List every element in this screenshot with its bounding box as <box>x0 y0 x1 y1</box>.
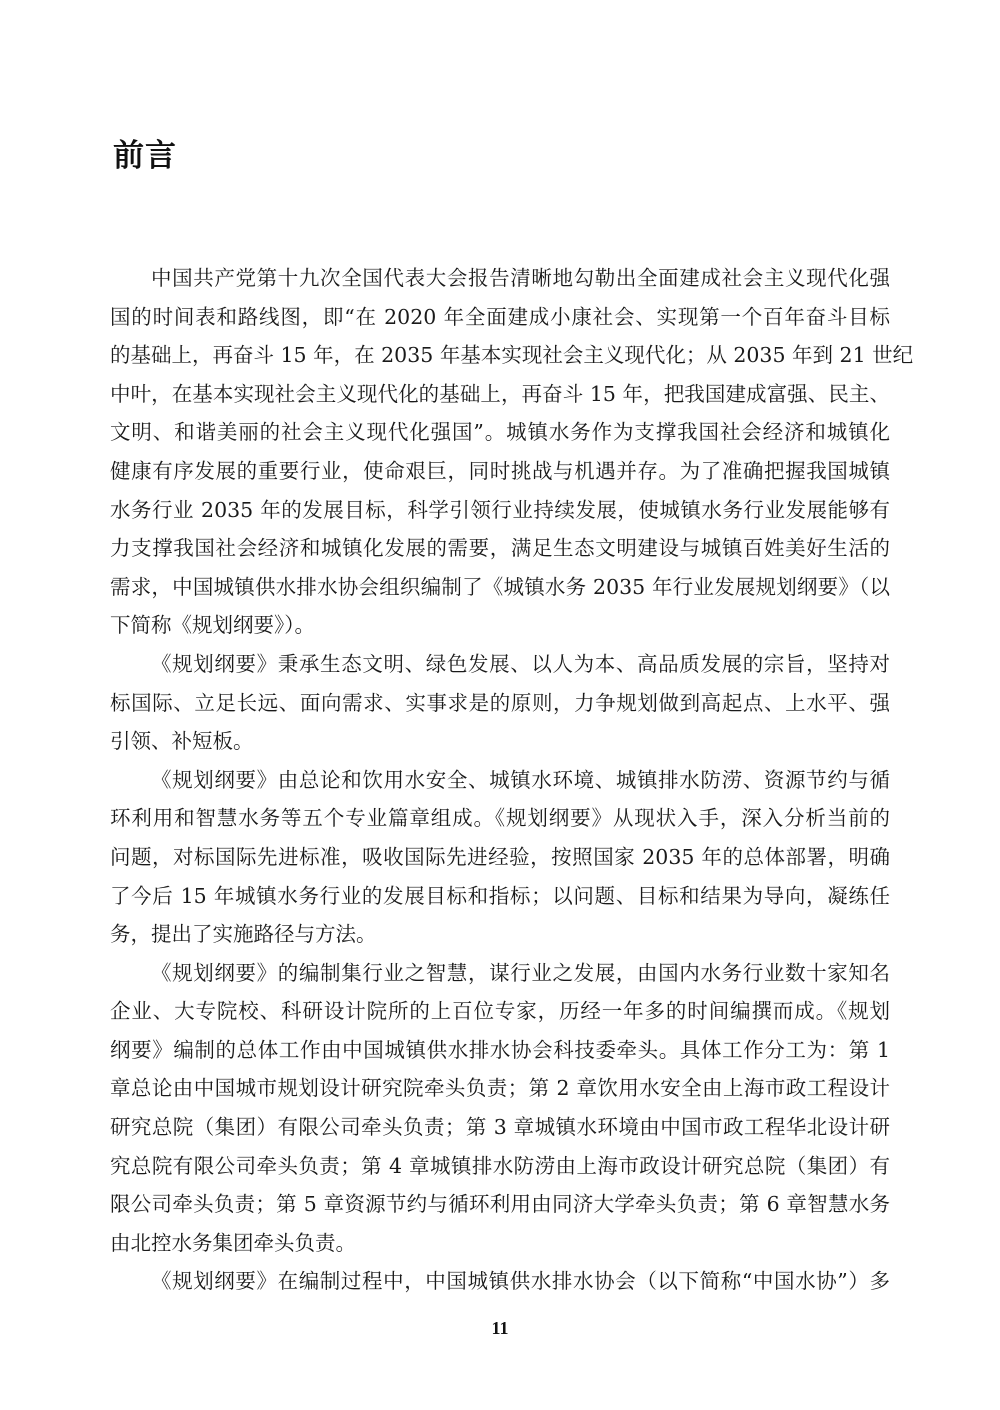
text-line: 标国际、立足长远、面向需求、实事求是的原则，力争规划做到高起点、上水平、强 <box>110 684 890 723</box>
text-line: 了今后 15 年城镇水务行业的发展目标和指标；以问题、目标和结果为导向，凝练任 <box>110 877 890 916</box>
text-line: 问题，对标国际先进标准，吸收国际先进经验，按照国家 2035 年的总体部署，明确 <box>110 838 890 877</box>
paragraph-5: 《规划纲要》在编制过程中，中国城镇供水排水协会（以下简称“中国水协”）多 <box>110 1262 890 1301</box>
page-heading: 前言 <box>113 134 177 178</box>
text-line: 的基础上，再奋斗 15 年，在 2035 年基本实现社会主义现代化；从 2035… <box>110 336 890 375</box>
body-text: 中国共产党第十九次全国代表大会报告清晰地勾勒出全面建成社会主义现代化强 国的时间… <box>110 259 890 1301</box>
text-line: 限公司牵头负责；第 5 章资源节约与循环利用由同济大学牵头负责；第 6 章智慧水… <box>110 1185 890 1224</box>
text-line: 国的时间表和路线图，即“在 2020 年全面建成小康社会、实现第一个百年奋斗目标 <box>110 298 890 337</box>
text-line: 下简称《规划纲要》）。 <box>110 606 890 645</box>
text-line: 力支撑我国社会经济和城镇化发展的需要，满足生态文明建设与城镇百姓美好生活的 <box>110 529 890 568</box>
text-line: 引领、补短板。 <box>110 722 890 761</box>
text-line: 《规划纲要》的编制集行业之智慧，谋行业之发展，由国内水务行业数十家知名 <box>110 954 890 993</box>
text-line: 务，提出了实施路径与方法。 <box>110 915 890 954</box>
text-line: 水务行业 2035 年的发展目标，科学引领行业持续发展，使城镇水务行业发展能够有 <box>110 491 890 530</box>
paragraph-4: 《规划纲要》的编制集行业之智慧，谋行业之发展，由国内水务行业数十家知名 企业、大… <box>110 954 890 1263</box>
text-line: 环利用和智慧水务等五个专业篇章组成。《规划纲要》从现状入手，深入分析当前的 <box>110 799 890 838</box>
paragraph-3: 《规划纲要》由总论和饮用水安全、城镇水环境、城镇排水防涝、资源节约与循 环利用和… <box>110 761 890 954</box>
text-line: 究总院有限公司牵头负责；第 4 章城镇排水防涝由上海市政设计研究总院（集团）有 <box>110 1147 890 1186</box>
text-line: 中叶，在基本实现社会主义现代化的基础上，再奋斗 15 年，把我国建成富强、民主、 <box>110 375 890 414</box>
text-line: 文明、和谐美丽的社会主义现代化强国”。城镇水务作为支撑我国社会经济和城镇化 <box>110 413 890 452</box>
text-line: 需求，中国城镇供水排水协会组织编制了《城镇水务 2035 年行业发展规划纲要》（… <box>110 568 890 607</box>
text-line: 章总论由中国城市规划设计研究院牵头负责；第 2 章饮用水安全由上海市政工程设计 <box>110 1069 890 1108</box>
text-line: 由北控水务集团牵头负责。 <box>110 1224 890 1263</box>
paragraph-2: 《规划纲要》秉承生态文明、绿色发展、以人为本、高品质发展的宗旨，坚持对 标国际、… <box>110 645 890 761</box>
text-line: 企业、大专院校、科研设计院所的上百位专家，历经一年多的时间编撰而成。《规划 <box>110 992 890 1031</box>
text-line: 《规划纲要》由总论和饮用水安全、城镇水环境、城镇排水防涝、资源节约与循 <box>110 761 890 800</box>
text-line: 研究总院（集团）有限公司牵头负责；第 3 章城镇水环境由中国市政工程华北设计研 <box>110 1108 890 1147</box>
paragraph-1: 中国共产党第十九次全国代表大会报告清晰地勾勒出全面建成社会主义现代化强 国的时间… <box>110 259 890 645</box>
text-line: 《规划纲要》在编制过程中，中国城镇供水排水协会（以下简称“中国水协”）多 <box>110 1262 890 1301</box>
page-number: 11 <box>0 1318 1000 1339</box>
text-line: 中国共产党第十九次全国代表大会报告清晰地勾勒出全面建成社会主义现代化强 <box>110 259 890 298</box>
text-line: 《规划纲要》秉承生态文明、绿色发展、以人为本、高品质发展的宗旨，坚持对 <box>110 645 890 684</box>
document-page: 前言 中国共产党第十九次全国代表大会报告清晰地勾勒出全面建成社会主义现代化强 国… <box>0 0 1000 1410</box>
text-line: 纲要》编制的总体工作由中国城镇供水排水协会科技委牵头。具体工作分工为：第 1 <box>110 1031 890 1070</box>
text-line: 健康有序发展的重要行业，使命艰巨，同时挑战与机遇并存。为了准确把握我国城镇 <box>110 452 890 491</box>
